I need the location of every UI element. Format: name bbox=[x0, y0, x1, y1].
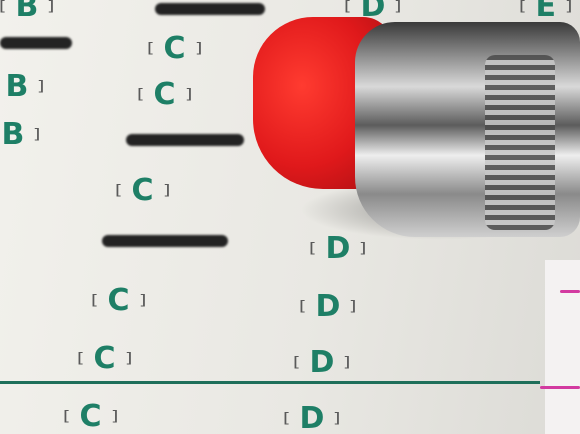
bracket-left: [ bbox=[91, 293, 99, 309]
bracket-left: [ bbox=[115, 183, 123, 199]
bracket-right: ] bbox=[138, 293, 146, 309]
bracket-right: ] bbox=[110, 409, 118, 425]
bubble-letter: E bbox=[535, 0, 556, 22]
answer-bubble: [D] bbox=[300, 292, 356, 322]
answer-bubble: [E] bbox=[520, 0, 571, 22]
bracket-right: ] bbox=[349, 299, 357, 315]
bubble-letter: B bbox=[15, 0, 38, 22]
bracket-left: [ bbox=[283, 411, 291, 427]
bubble-letter: C bbox=[153, 80, 175, 110]
bubble-letter: B bbox=[5, 72, 28, 102]
divider-line bbox=[0, 381, 540, 384]
bracket-left: [ bbox=[309, 241, 317, 257]
pencil-mark bbox=[102, 235, 228, 247]
bracket-right: ] bbox=[333, 411, 341, 427]
bracket-right: ] bbox=[33, 127, 41, 143]
answer-bubble: [C] bbox=[148, 34, 201, 64]
answer-bubble: [B] bbox=[0, 72, 44, 102]
answer-bubble: [D] bbox=[284, 404, 340, 434]
pencil-mark bbox=[0, 37, 72, 49]
bracket-right: ] bbox=[162, 183, 170, 199]
bracket-right: ] bbox=[184, 87, 192, 103]
bracket-right: ] bbox=[394, 0, 402, 15]
bubble-letter: C bbox=[107, 286, 129, 316]
bracket-right: ] bbox=[565, 0, 573, 15]
answer-bubble: [C] bbox=[116, 176, 169, 206]
answer-bubble: [B] bbox=[0, 0, 54, 22]
bubble-letter: D bbox=[315, 292, 340, 322]
bracket-right: ] bbox=[37, 79, 45, 95]
answer-bubble: [B] bbox=[0, 120, 40, 150]
bracket-left: [ bbox=[293, 355, 301, 371]
bubble-letter: C bbox=[93, 344, 115, 374]
bubble-letter: C bbox=[163, 34, 185, 64]
answer-bubble: [D] bbox=[294, 348, 350, 378]
ferrule-ridges bbox=[485, 55, 555, 230]
pencil-mark bbox=[155, 3, 265, 15]
bracket-right: ] bbox=[194, 41, 202, 57]
bracket-left: [ bbox=[63, 409, 71, 425]
bracket-left: [ bbox=[147, 41, 155, 57]
pencil-mark bbox=[126, 134, 244, 146]
bracket-left: [ bbox=[137, 87, 145, 103]
bracket-right: ] bbox=[124, 351, 132, 367]
bubble-letter: C bbox=[79, 402, 101, 432]
bubble-letter: B bbox=[1, 120, 24, 150]
bracket-left: [ bbox=[0, 0, 7, 15]
bubble-letter: D bbox=[309, 348, 334, 378]
pink-line bbox=[560, 290, 580, 293]
answer-bubble: [C] bbox=[64, 402, 117, 432]
bubble-letter: C bbox=[131, 176, 153, 206]
bracket-right: ] bbox=[47, 0, 55, 15]
bracket-right: ] bbox=[359, 241, 367, 257]
answer-bubble: [C] bbox=[78, 344, 131, 374]
bubble-letter: D bbox=[299, 404, 324, 434]
bracket-right: ] bbox=[343, 355, 351, 371]
bracket-left: [ bbox=[519, 0, 527, 15]
pink-line bbox=[540, 386, 580, 389]
paper-edge bbox=[545, 260, 580, 434]
bracket-left: [ bbox=[299, 299, 307, 315]
answer-sheet-photo: [B][D][E][C][B][C][B][C][D][C][D][C][D][… bbox=[0, 0, 580, 434]
answer-bubble: [C] bbox=[92, 286, 145, 316]
bracket-left: [ bbox=[77, 351, 85, 367]
bracket-left: [ bbox=[344, 0, 352, 15]
answer-bubble: [C] bbox=[138, 80, 191, 110]
